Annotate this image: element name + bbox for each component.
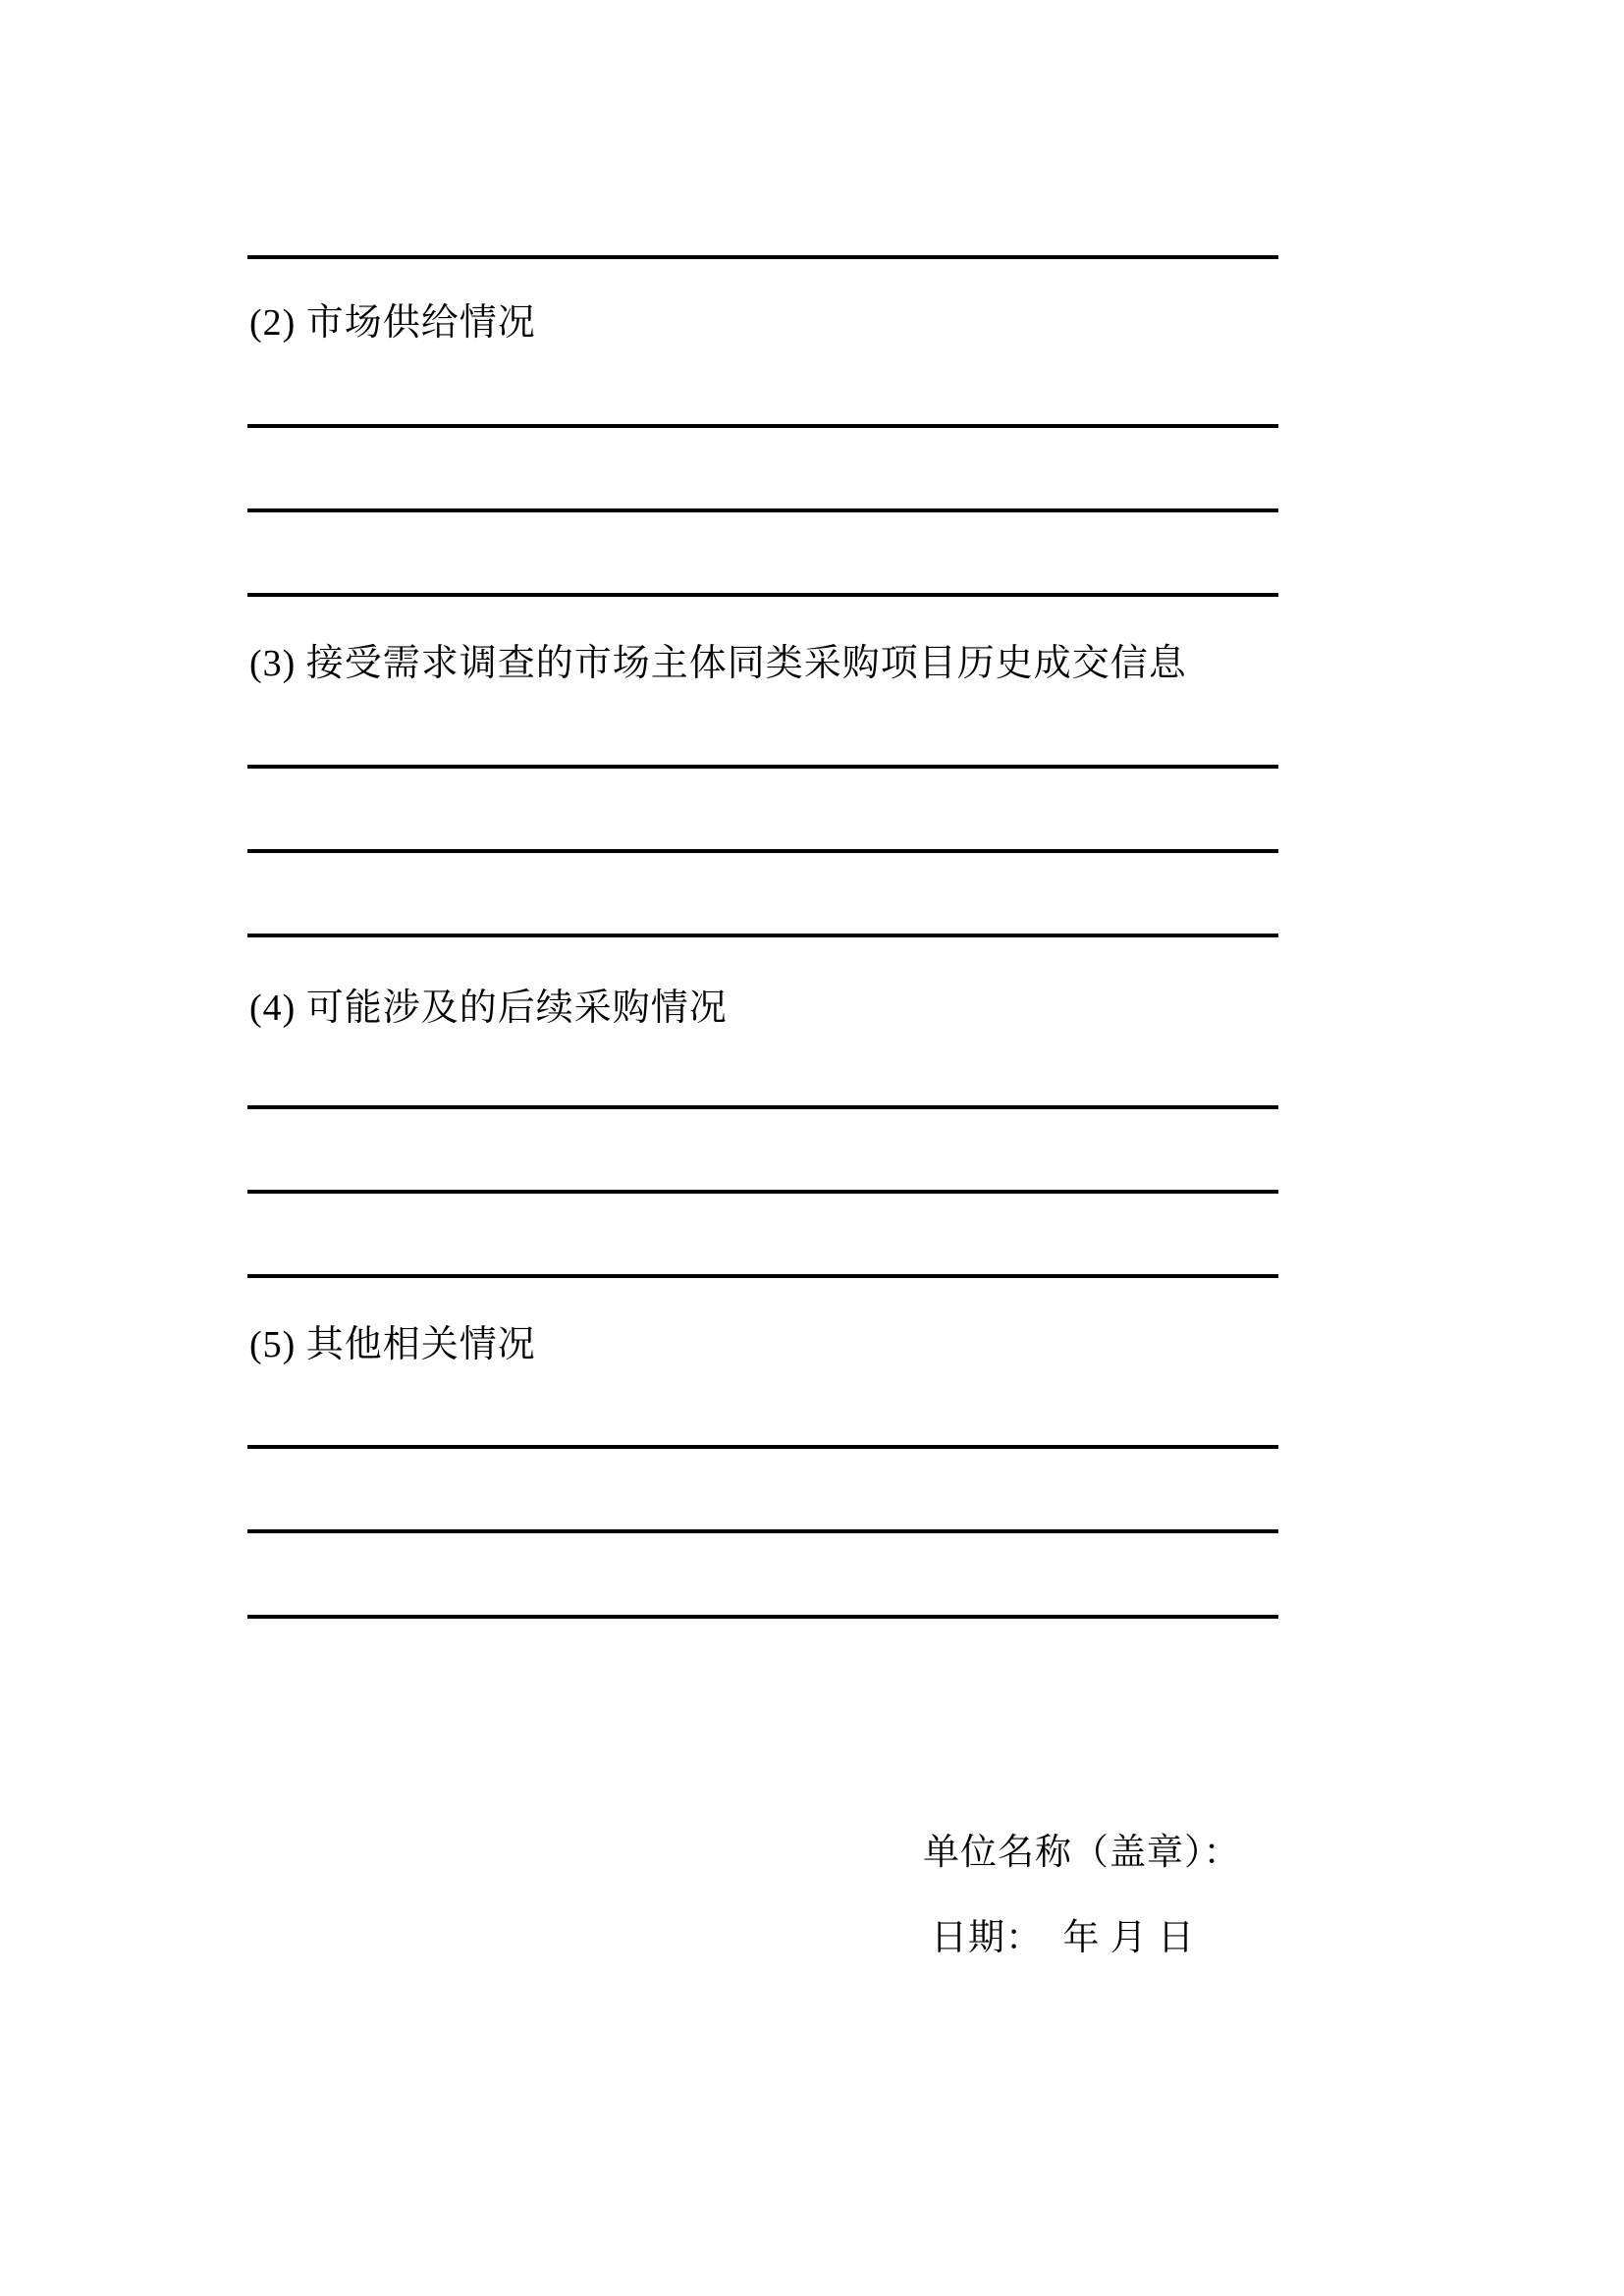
blank-fill-line [247,765,1278,769]
blank-fill-line [247,1274,1278,1278]
unit-name-seal-label: 单位名称（盖章）： [923,1835,1241,1872]
blank-fill-line [247,255,1278,259]
blank-fill-line [247,1105,1278,1109]
section-heading-2: (2) 市场供给情况 [249,303,536,343]
blank-fill-line [247,849,1278,853]
blank-fill-line [247,934,1278,937]
blank-fill-line [247,1615,1278,1619]
section-heading-4: (4) 可能涉及的后续采购情况 [249,988,728,1028]
section-heading-3: (3) 接受需求调查的市场主体同类采购项目历史成交信息 [249,644,1187,683]
blank-fill-line [247,424,1278,428]
blank-fill-line [247,1445,1278,1449]
document-page: (2) 市场供给情况 (3) 接受需求调查的市场主体同类采购项目历史成交信息 (… [0,0,1624,2296]
date-label: 日期： 年 月 日 [931,1920,1195,1957]
blank-fill-line [247,508,1278,512]
section-heading-5: (5) 其他相关情况 [249,1325,536,1364]
blank-fill-line [247,1190,1278,1194]
blank-fill-line [247,593,1278,597]
blank-fill-line [247,1529,1278,1533]
